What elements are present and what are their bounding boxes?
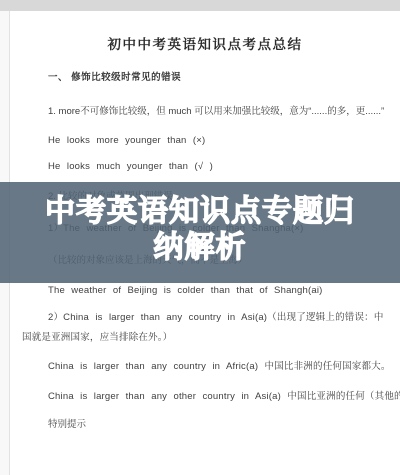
example-china-asia-wrong: 2）China is larger than any country in As…: [22, 308, 388, 348]
example-weather-correct: The weather of Beijing is colder than th…: [48, 285, 323, 296]
example-china-other-asia: China is larger than any other country i…: [48, 388, 400, 402]
overlay-title-line2: 纳解析: [0, 230, 400, 266]
overlay-banner: 中考英语知识点专题归 纳解析: [0, 182, 400, 283]
example-china-africa: China is larger than any country in Afri…: [48, 358, 391, 372]
section-heading: 一、 修饰比较级时常见的错误: [48, 69, 181, 83]
example-correct-sentence: He looks much younger than (√ ): [48, 161, 213, 172]
document-title: 初中中考英语知识点考点总结: [10, 33, 400, 53]
page-top-bar: [0, 0, 400, 11]
rule-text: 1. more不可修饰比较级，但 much 可以用来加强比较级，意为“.....…: [48, 103, 384, 117]
example-wrong-sentence: He looks more younger than (×): [48, 135, 205, 146]
overlay-title-line1: 中考英语知识点专题归: [0, 194, 400, 230]
special-note-label: 特别提示: [48, 416, 86, 430]
